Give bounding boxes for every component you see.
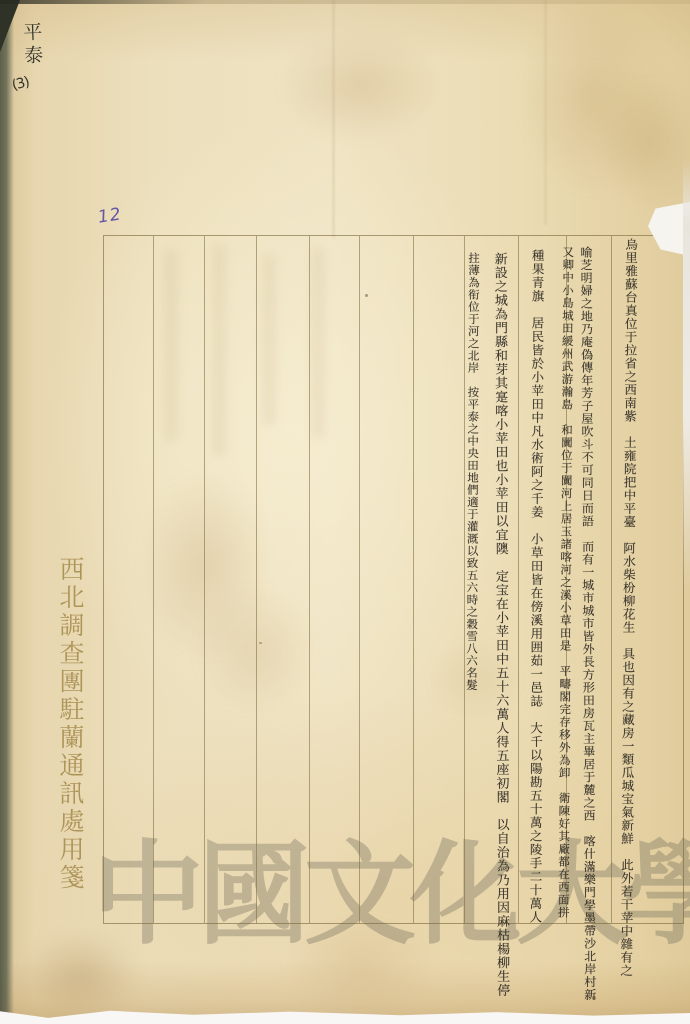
column-rule-line [413,236,414,923]
manuscript-column-4: 種果青旗 居民皆於小苹田中凡水術阿之千姜 小草田皆在傍溪用囲茹一邑誌 大千以陽勘… [526,249,546,925]
column-rule-line [256,236,257,923]
archive-label: 平泰 [19,22,47,83]
page-number: 12 [97,204,123,227]
paper-crease [333,0,334,238]
scanned-document: 中國文化大學 西北調查團駐蘭通訊處用箋 烏里雅蘇台真位于拉省之西南紫 土雍院把中… [0,0,690,1024]
paper-stain [600,80,690,210]
manuscript-column-6: 拄薄為衔位于河之北岸 按平泰之中央田地們適于灌溉以致五六時之穀雪八六名髮 [464,252,482,694]
column-rule-line [359,236,360,923]
scan-top-edge [0,0,690,4]
column-rule-line [309,236,310,923]
manuscript-column-2: 喻芝明婦之地乃庵偽傳年芳子屋吹斗不可同日而語 而有一城市城市皆外長方形田房瓦主畢… [576,246,599,1012]
column-rule-line [204,236,205,923]
letterhead-text: 西北調查團駐蘭通訊處用箋 [56,556,88,906]
column-rule-line [611,236,612,923]
scan-left-edge [0,0,14,1024]
manuscript-column-5: 新設之城為門縣和芽其寔喀小苹田也小苹田以宜隩 定宝在小苹田中五十六萬人得五座初閣… [491,252,512,1014]
paper-crease [545,0,546,225]
scanner-background-right [683,160,690,590]
paper-stain [280,30,440,140]
column-rule-line [153,236,154,923]
column-rule-line [518,236,519,923]
